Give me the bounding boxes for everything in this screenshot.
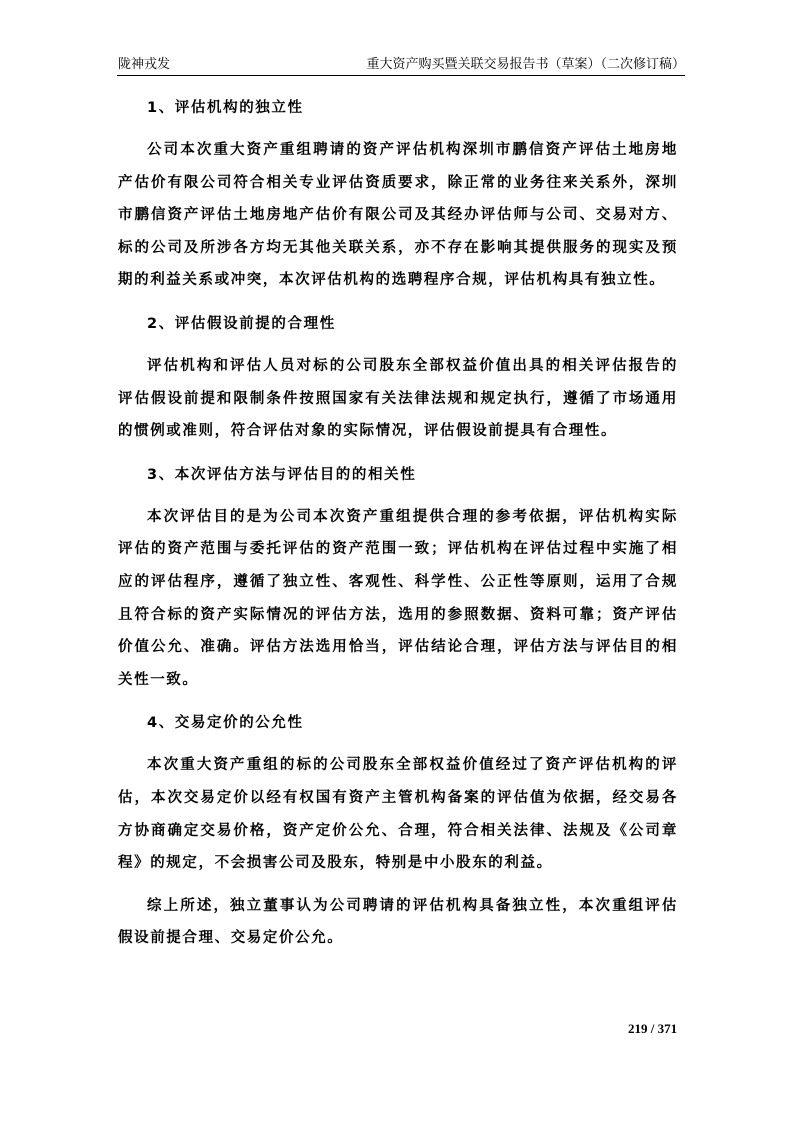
section-pricing-fairness: 4、交易定价的公允性 本次重大资产重组的标的公司股东全部权益价值经过了资产评估机… [118, 707, 678, 879]
header-document-title: 重大资产购买暨关联交易报告书（草案）（二次修订稿） [366, 57, 685, 73]
header-company-name: 陇神戎发 [118, 57, 170, 73]
section-heading: 4、交易定价的公允性 [118, 707, 678, 739]
section-method-relevance: 3、本次评估方法与评估目的的相关性 本次评估目的是为公司本次资产重组提供合理的参… [118, 459, 678, 697]
section-heading: 3、本次评估方法与评估目的的相关性 [118, 459, 678, 491]
section-paragraph: 公司本次重大资产重组聘请的资产评估机构深圳市鹏信资产评估土地房地产估价有限公司符… [118, 134, 678, 297]
section-paragraph: 本次评估目的是为公司本次资产重组提供合理的参考依据，评估机构实际评估的资产范围与… [118, 501, 678, 697]
section-heading: 2、评估假设前提的合理性 [118, 308, 678, 340]
page-header: 陇神戎发 重大资产购买暨关联交易报告书（草案）（二次修订稿） [117, 57, 685, 76]
section-paragraph: 评估机构和评估人员对标的公司股东全部权益价值出具的相关评估报告的评估假设前提和限… [118, 350, 678, 448]
page-number: 219 / 371 [628, 1021, 677, 1037]
section-paragraph: 本次重大资产重组的标的公司股东全部权益价值经过了资产评估机构的评估，本次交易定价… [118, 749, 678, 879]
section-heading: 1、评估机构的独立性 [118, 92, 678, 124]
section-assumption-reasonableness: 2、评估假设前提的合理性 评估机构和评估人员对标的公司股东全部权益价值出具的相关… [118, 308, 678, 448]
document-body: 1、评估机构的独立性 公司本次重大资产重组聘请的资产评估机构深圳市鹏信资产评估土… [118, 92, 678, 955]
conclusion-paragraph: 综上所述，独立董事认为公司聘请的评估机构具备独立性，本次重组评估假设前提合理、交… [118, 890, 678, 955]
section-independence: 1、评估机构的独立性 公司本次重大资产重组聘请的资产评估机构深圳市鹏信资产评估土… [118, 92, 678, 297]
